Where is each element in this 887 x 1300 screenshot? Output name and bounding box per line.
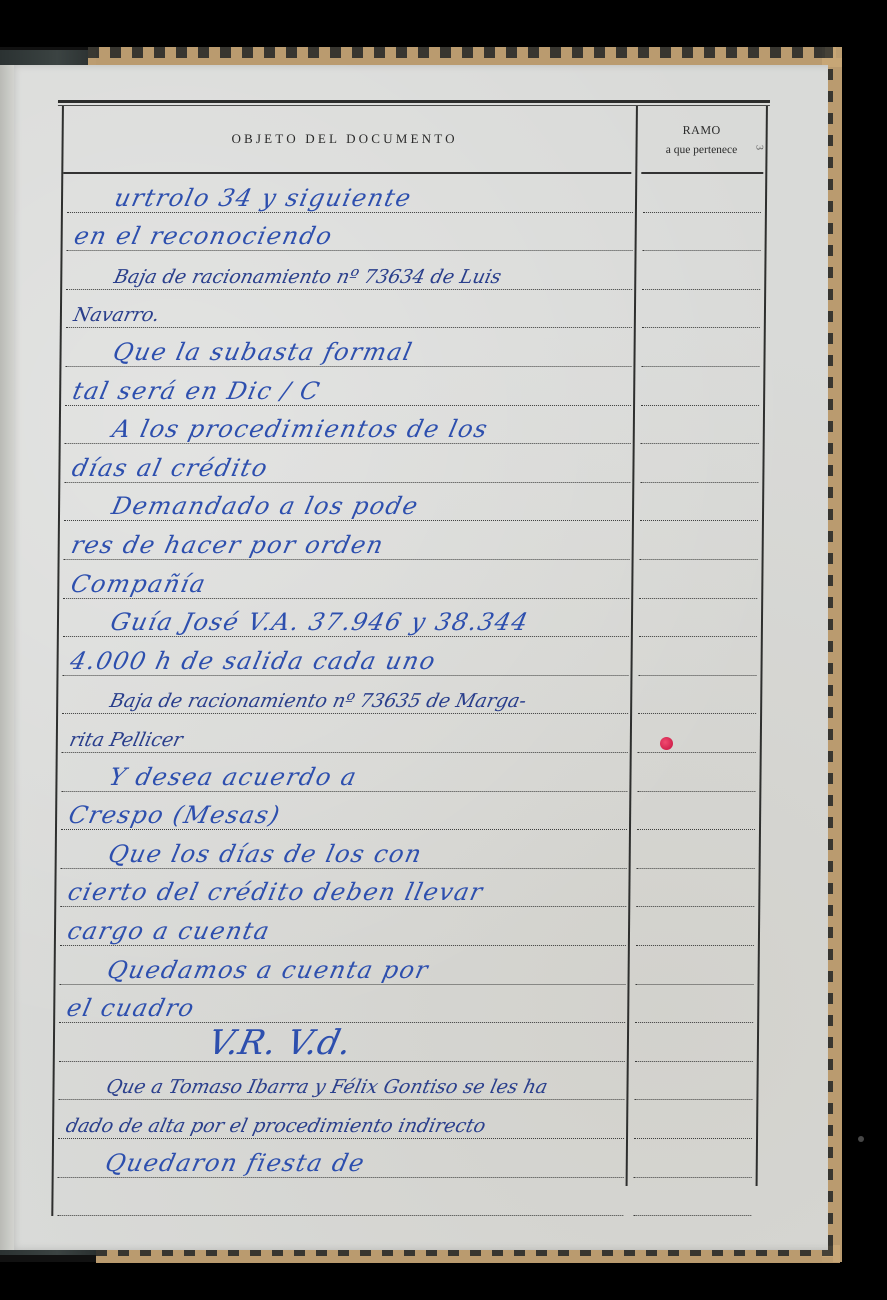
handwritten-line: V.R. V.d.	[205, 1023, 814, 1063]
ruled-line	[57, 1215, 623, 1216]
margin-mark: 3	[754, 145, 765, 150]
handwritten-line: Que la subasta formal	[110, 338, 716, 366]
frame-top-rule	[58, 100, 770, 103]
header-rule-left	[63, 172, 631, 174]
ruled-line	[633, 1215, 751, 1216]
handwritten-line: Crespo (Mesas)	[66, 801, 672, 829]
ruled-line	[58, 1138, 624, 1139]
handwritten-line: el cuadro	[64, 994, 670, 1022]
ruled-line	[640, 559, 758, 560]
ruled-line	[637, 829, 755, 830]
handwritten-line: días al crédito	[69, 454, 675, 482]
handwritten-line: Quedaron fiesta de	[103, 1149, 709, 1177]
ruled-line	[61, 829, 627, 830]
handwritten-line: Guía José V.A. 37.946 y 38.344	[108, 608, 714, 636]
ruled-line	[639, 636, 757, 637]
ruled-line	[66, 289, 632, 290]
handwritten-line: Navarro.	[71, 304, 676, 326]
ruled-line	[62, 752, 628, 753]
column-title-objeto: OBJETO DEL DOCUMENTO	[231, 131, 457, 147]
handwritten-line: Que a Tomaso Ibarra y Félix Gontiso se l…	[104, 1076, 709, 1098]
handwritten-line: Demandado a los pode	[109, 492, 715, 520]
ruled-line	[638, 713, 756, 714]
handwritten-line: dado de alta por el procedimiento indire…	[64, 1115, 669, 1137]
handwritten-line: Compañía	[68, 570, 674, 598]
ruled-line	[64, 559, 630, 560]
ruled-line	[66, 327, 632, 328]
handwritten-line: Baja de racionamiento nº 73634 de Luis	[112, 266, 717, 288]
ruled-line	[64, 520, 630, 521]
ruled-line	[634, 1138, 752, 1139]
ruled-line	[58, 1099, 624, 1100]
ruled-line	[60, 945, 626, 946]
handwritten-line: cierto del crédito deben llevar	[65, 878, 671, 906]
ruled-line	[636, 945, 754, 946]
ruled-line	[640, 520, 758, 521]
column-title-ramo: RAMO	[683, 123, 721, 138]
form-frame: OBJETO DEL DOCUMENTO RAMO a que pertenec…	[47, 100, 770, 1220]
handwritten-line: urtrolo 34 y siguiente	[112, 184, 718, 212]
handwritten-line: Y desea acuerdo a	[106, 763, 712, 791]
ruled-line	[642, 289, 760, 290]
ruled-line	[65, 366, 631, 367]
handwritten-line: Que los días de los con	[106, 840, 712, 868]
ruled-line	[641, 366, 759, 367]
handwritten-line: 4.000 h de salida cada uno	[68, 647, 674, 675]
column-subtitle-ramo: a que pertenece	[666, 144, 738, 156]
cover-border-top	[88, 47, 842, 67]
ruled-line	[642, 327, 760, 328]
ruled-line	[60, 906, 626, 907]
speck	[858, 1136, 864, 1142]
handwritten-line: Quedamos a cuenta por	[105, 956, 711, 984]
ruled-line	[62, 713, 628, 714]
handwritten-line: rita Pellicer	[67, 729, 672, 751]
header-side-column: RAMO a que pertenece 3	[637, 106, 766, 172]
header-main-column: OBJETO DEL DOCUMENTO	[63, 106, 636, 172]
red-stamp-dot	[660, 737, 673, 750]
handwritten-line: res de hacer por orden	[69, 531, 675, 559]
previous-page-edge	[0, 65, 14, 1250]
ruled-line	[643, 250, 761, 251]
handwritten-line: en el reconociendo	[72, 222, 678, 250]
handwritten-line: Baja de racionamiento nº 73635 de Marga-	[108, 690, 713, 712]
ruled-line	[641, 443, 759, 444]
header-rule-right	[641, 172, 763, 174]
ruled-line	[63, 636, 629, 637]
ruled-line	[638, 752, 756, 753]
ruled-line	[65, 443, 631, 444]
handwritten-line: cargo a cuenta	[65, 917, 671, 945]
ruled-line	[67, 250, 633, 251]
ruled-line	[634, 1099, 752, 1100]
handwritten-line: tal será en Dic / C	[70, 377, 676, 405]
handwritten-line: A los procedimientos de los	[110, 415, 716, 443]
ruled-line	[636, 906, 754, 907]
